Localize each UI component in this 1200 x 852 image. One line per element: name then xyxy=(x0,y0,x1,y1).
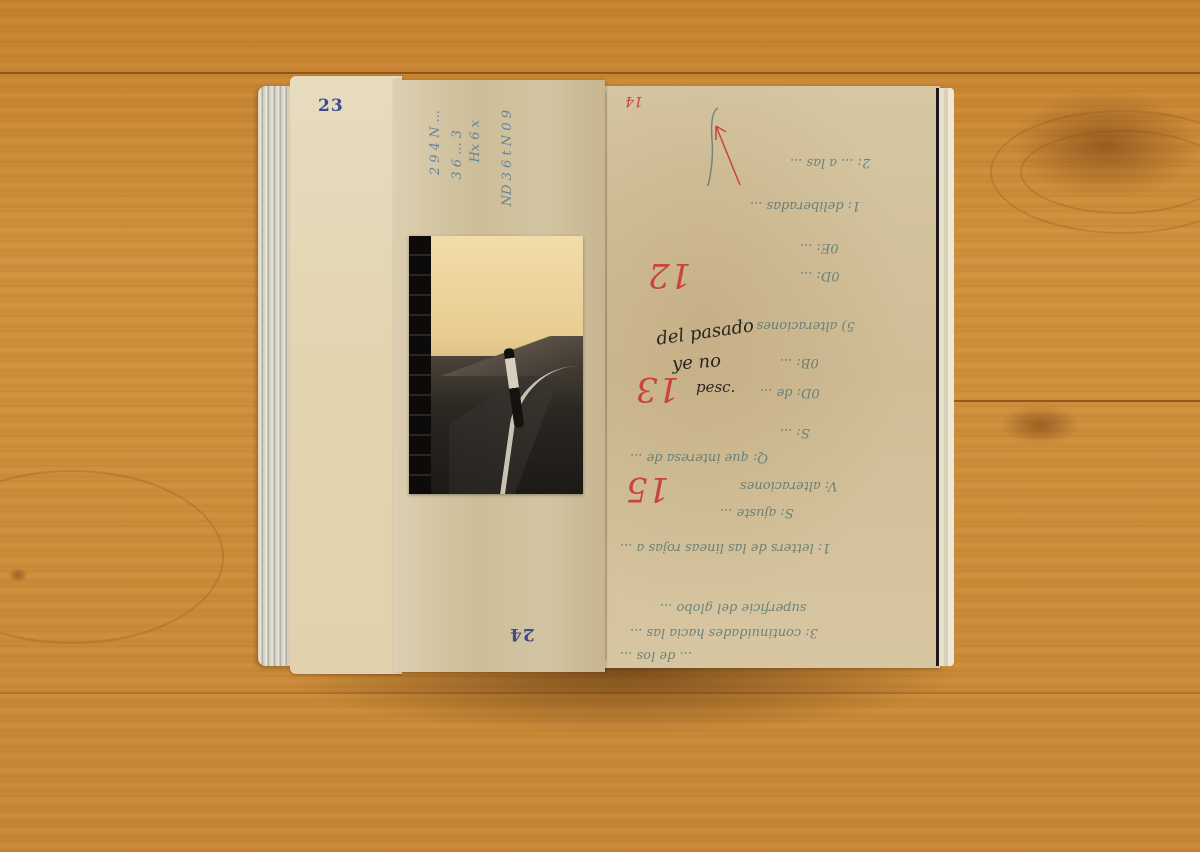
film-border xyxy=(409,236,431,494)
pencil-annotations xyxy=(0,0,1200,852)
pasted-photograph[interactable] xyxy=(409,236,583,494)
